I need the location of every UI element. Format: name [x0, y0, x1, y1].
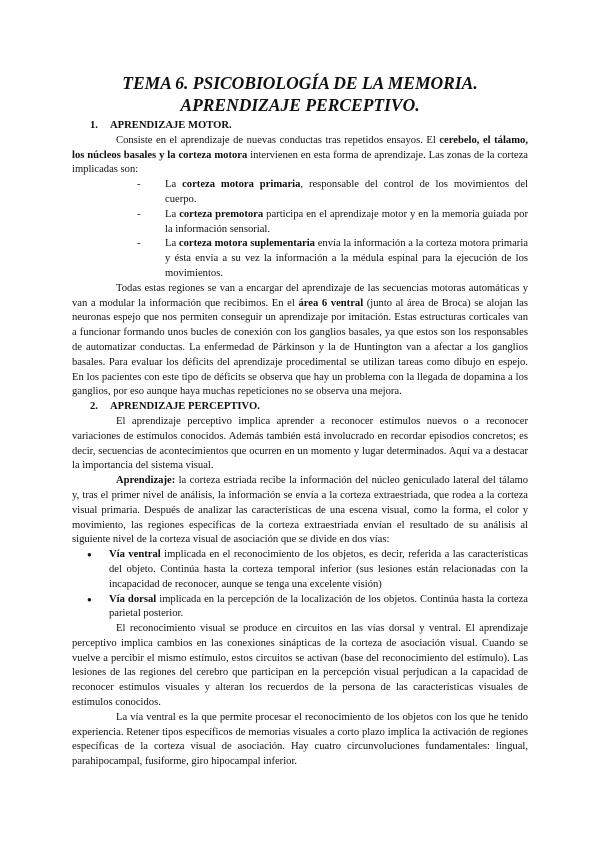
- list-item: La corteza motora suplementaria envía la…: [165, 237, 528, 281]
- bullet-list: Vía ventral implicada en el reconocimien…: [72, 548, 528, 622]
- bold-text: Vía dorsal: [109, 594, 156, 605]
- paragraph: La vía ventral es la que permite procesa…: [72, 711, 528, 770]
- section-heading-2: 2.APRENDIZAJE PERCEPTIVO.: [72, 400, 528, 415]
- text: Consiste en el aprendizaje de nuevas con…: [116, 135, 439, 146]
- bold-text: Aprendizaje:: [116, 475, 175, 486]
- list-item: La corteza premotora participa en el apr…: [165, 208, 528, 238]
- text: La: [165, 209, 179, 220]
- document-page: TEMA 6. PSICOBIOLOGÍA DE LA MEMORIA. APR…: [72, 72, 528, 770]
- bold-text: corteza premotora: [179, 209, 263, 220]
- text: (junto al área de Broca) se alojan las n…: [72, 298, 528, 398]
- list-item: Vía dorsal implicada en la percepción de…: [109, 593, 528, 623]
- section-number: 1.: [90, 119, 110, 134]
- paragraph-intro: Consiste en el aprendizaje de nuevas con…: [72, 134, 528, 178]
- section-heading-1: 1.APRENDIZAJE MOTOR.: [72, 119, 528, 134]
- document-title: TEMA 6. PSICOBIOLOGÍA DE LA MEMORIA. APR…: [72, 72, 528, 116]
- list-item: La corteza motora primaria, responsable …: [165, 178, 528, 208]
- list-item: Vía ventral implicada en el reconocimien…: [109, 548, 528, 592]
- dash-list: La corteza motora primaria, responsable …: [72, 178, 528, 282]
- text: implicada en el reconocimiento de los ob…: [109, 549, 528, 590]
- bold-text: corteza motora primaria: [182, 179, 300, 190]
- paragraph: El aprendizaje perceptivo implica aprend…: [72, 415, 528, 474]
- section-title: APRENDIZAJE MOTOR.: [110, 120, 232, 131]
- text: La: [165, 179, 182, 190]
- text: implicada en la percepción de la localiz…: [109, 594, 528, 620]
- paragraph: Aprendizaje: la corteza estriada recibe …: [72, 474, 528, 548]
- bold-text: Vía ventral: [109, 549, 161, 560]
- bold-text: área 6 ventral: [298, 298, 363, 309]
- paragraph: Todas estas regiones se van a encargar d…: [72, 282, 528, 400]
- section-title: APRENDIZAJE PERCEPTIVO.: [110, 401, 260, 412]
- section-number: 2.: [90, 400, 110, 415]
- paragraph: El reconocimiento visual se produce en c…: [72, 622, 528, 711]
- bold-text: corteza motora suplementaria: [179, 238, 315, 249]
- text: La: [165, 238, 179, 249]
